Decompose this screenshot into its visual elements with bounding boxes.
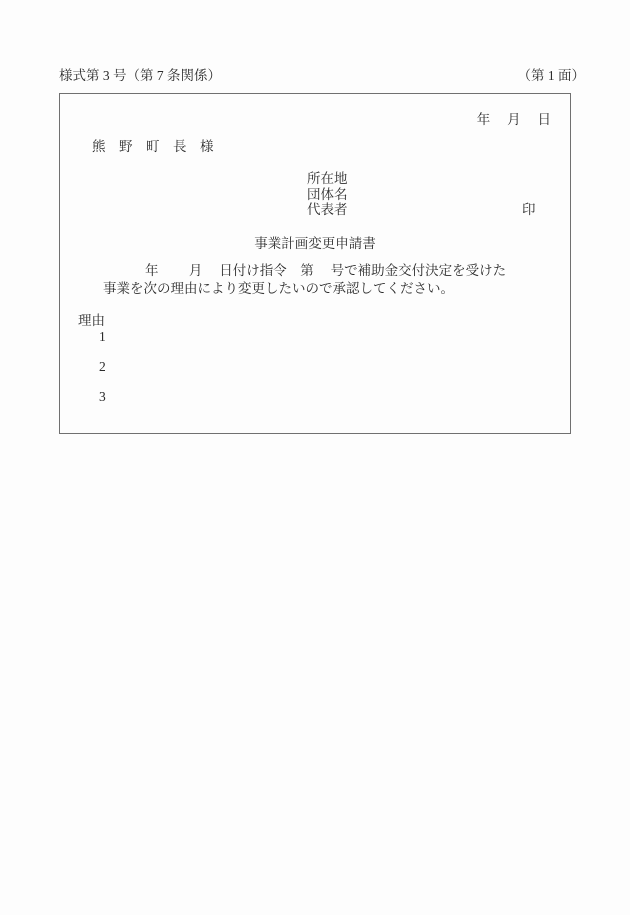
organization-label: 団体名 (307, 187, 348, 203)
date-line: 年 月 日 (477, 113, 551, 127)
form-number: 様式第 3 号（第 7 条関係） (59, 69, 221, 83)
form-border-box: 年 月 日 熊 野 町 長 様 所在地 団体名 代表者 印 事業計画変更申請書 … (59, 93, 571, 434)
representative-label: 代表者 (307, 202, 348, 218)
seal-mark: 印 (522, 203, 536, 217)
sheet-number: （第 1 面） (518, 69, 586, 83)
reason-item-3: 3 (99, 390, 106, 404)
applicant-block: 所在地 団体名 代表者 (307, 171, 348, 218)
page-header: 様式第 3 号（第 7 条関係） （第 1 面） (59, 69, 585, 83)
reason-item-1: 1 (99, 330, 106, 344)
body-text-line2: 事業を次の理由により変更したいので承認してください。 (103, 282, 454, 296)
address-label: 所在地 (307, 171, 348, 187)
body-text-line1: 年 月 日付け指令 第 号で補助金交付決定を受けた (145, 264, 506, 278)
addressee: 熊 野 町 長 様 (92, 140, 214, 154)
reason-item-2: 2 (99, 360, 106, 374)
document-page: 様式第 3 号（第 7 条関係） （第 1 面） 年 月 日 熊 野 町 長 様… (0, 0, 630, 915)
document-title: 事業計画変更申請書 (60, 237, 570, 251)
reason-label: 理由 (78, 314, 105, 328)
